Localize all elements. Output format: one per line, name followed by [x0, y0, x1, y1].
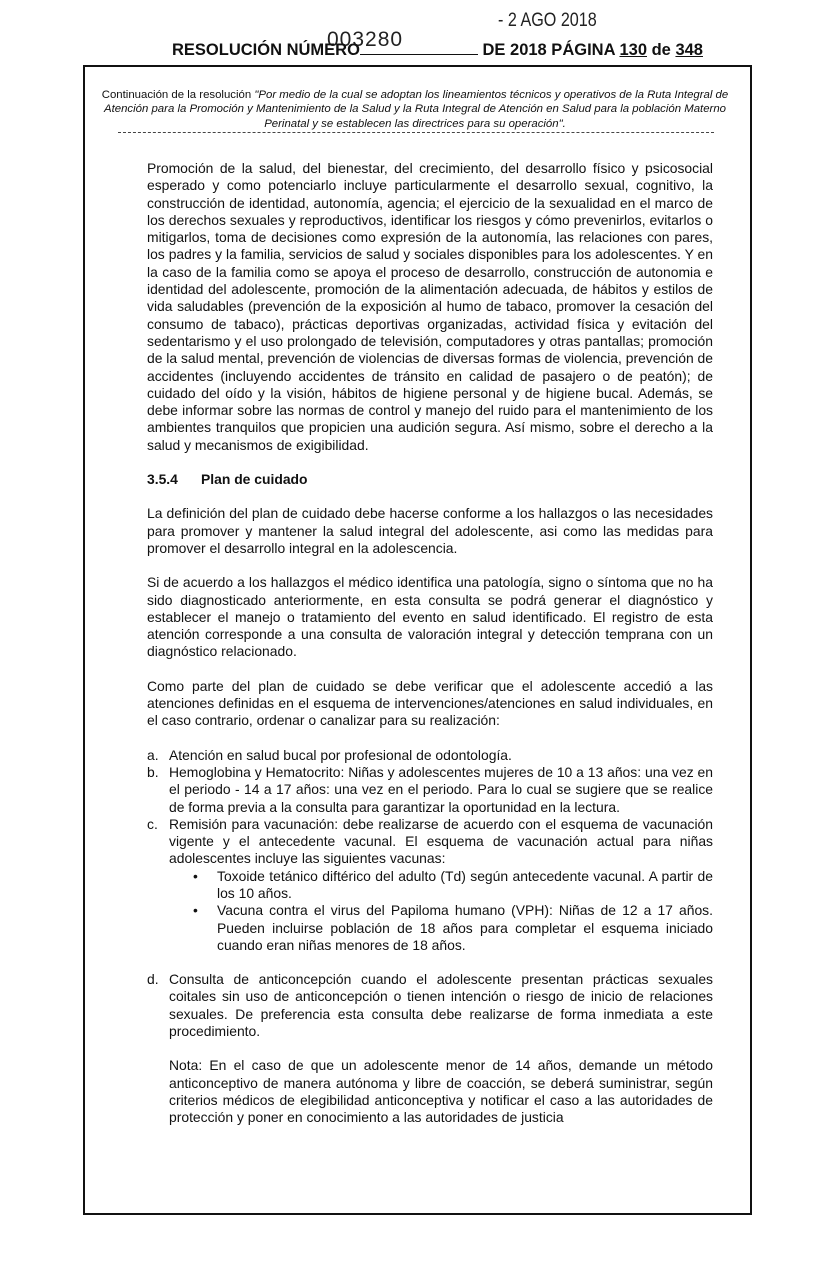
vaccine-text: Toxoide tetánico diftérico del adulto (T…: [217, 868, 713, 901]
paragraph-care-plan-definition: La definición del plan de cuidado debe h…: [147, 505, 713, 557]
list-item-text: Hemoglobina y Hematocrito: Niñas y adole…: [169, 764, 713, 815]
vaccine-item: • Toxoide tetánico diftérico del adulto …: [169, 868, 713, 903]
continuation-header: Continuación de la resolución "Por medio…: [100, 88, 730, 131]
date-stamp: - 2 AGO 2018: [498, 10, 597, 32]
document-body: Promoción de la salud, del bienestar, de…: [147, 160, 713, 1127]
dashed-divider: [118, 132, 714, 133]
resolution-year-page: DE 2018 PÁGINA: [483, 41, 615, 59]
vaccine-text: Vacuna contra el virus del Papiloma huma…: [217, 902, 713, 953]
page-header: - 2 AGO 2018 003280 RESOLUCIÓN NÚMERO DE…: [0, 0, 828, 66]
bullet-icon: •: [193, 868, 198, 885]
list-marker: d.: [147, 971, 159, 988]
list-item: a. Atención en salud bucal por profesion…: [147, 747, 713, 764]
list-marker: b.: [147, 764, 159, 781]
page-total: 348: [675, 41, 703, 59]
care-plan-list-continued: d. Consulta de anticoncepción cuando el …: [147, 971, 713, 1040]
note-paragraph: Nota: En el caso de que un adolescente m…: [147, 1057, 713, 1126]
list-item-text: Consulta de anticoncepción cuando el ado…: [169, 971, 713, 1039]
resolution-label: RESOLUCIÓN NÚMERO: [172, 41, 360, 59]
page-current: 130: [619, 41, 647, 59]
paragraph-verification: Como parte del plan de cuidado se debe v…: [147, 678, 713, 730]
bullet-icon: •: [193, 902, 198, 919]
continuation-prefix: Continuación de la resolución: [102, 89, 255, 101]
resolution-number-blank: [360, 40, 478, 55]
section-title: Plan de cuidado: [201, 471, 308, 488]
list-item-text: Atención en salud bucal por profesional …: [169, 747, 512, 763]
list-item: c. Remisión para vacunación: debe realiz…: [147, 816, 713, 954]
list-item-text: Remisión para vacunación: debe realizars…: [169, 816, 713, 867]
vaccine-item: • Vacuna contra el virus del Papiloma hu…: [169, 902, 713, 954]
page-of: de: [652, 41, 671, 59]
list-marker: a.: [147, 747, 159, 764]
intro-paragraph: Promoción de la salud, del bienestar, de…: [147, 160, 713, 454]
section-number: 3.5.4: [147, 471, 201, 488]
section-heading: 3.5.4 Plan de cuidado: [147, 471, 713, 488]
list-marker: c.: [147, 816, 158, 833]
care-plan-list: a. Atención en salud bucal por profesion…: [147, 747, 713, 955]
paragraph-diagnosis: Si de acuerdo a los hallazgos el médico …: [147, 574, 713, 660]
list-item: d. Consulta de anticoncepción cuando el …: [147, 971, 713, 1040]
vaccine-list: • Toxoide tetánico diftérico del adulto …: [169, 868, 713, 954]
list-item: b. Hemoglobina y Hematocrito: Niñas y ad…: [147, 764, 713, 816]
resolution-line: RESOLUCIÓN NÚMERO DE 2018 PÁGINA 130 de …: [172, 40, 703, 60]
